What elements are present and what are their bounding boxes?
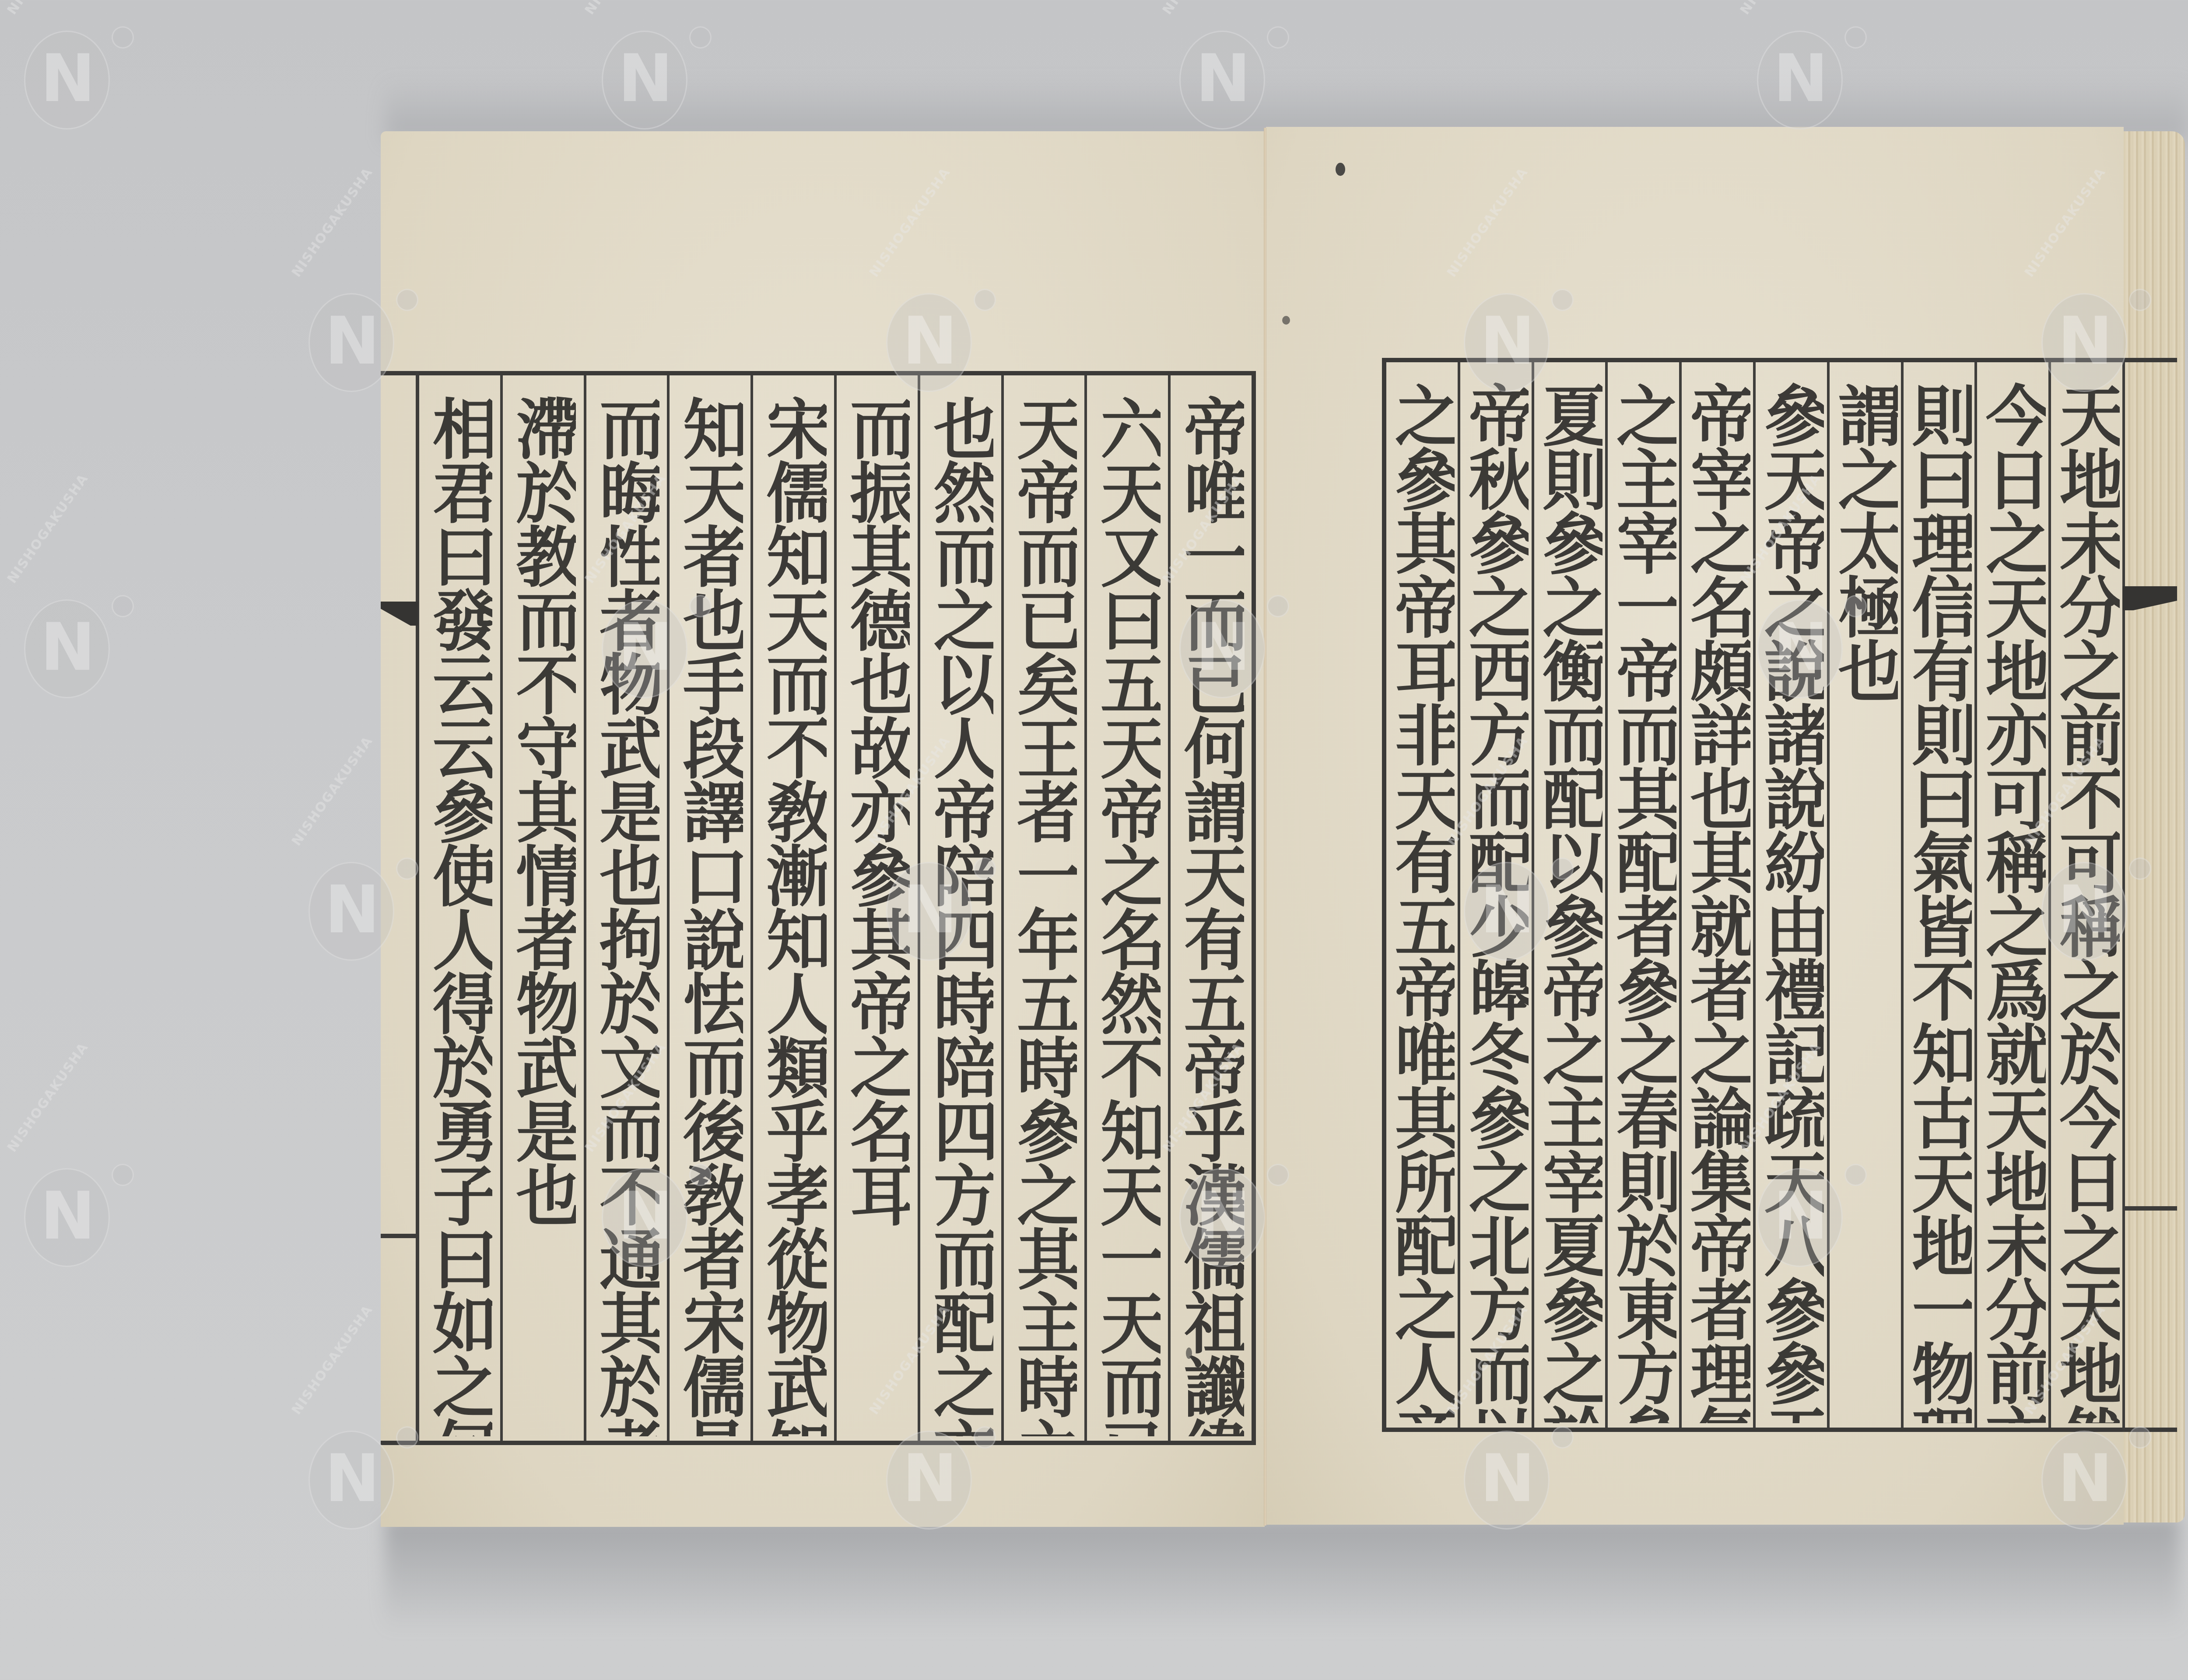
column-text: 宋儒知天而不敎漸知人類乎孝從物武知人而不 [761, 395, 827, 1436]
book-gutter [1264, 128, 1266, 1526]
text-column: 帝秋參之西方而配少皞冬參之北方而以顓頊故謂 [1458, 362, 1532, 1428]
column-text: 知天者也手段譯口說怯而後敎者宋儒是也漸敎 [677, 395, 743, 1436]
column-text: 之主宰一帝而其配者參之春則於東方參之配以大皞 [1611, 382, 1676, 1423]
right-hashira-tick [2122, 1206, 2177, 1211]
text-column: 帝唯一而已何謂天有五帝乎漢儒祖讖緯之書而說 [1168, 375, 1252, 1441]
column-text: 六天又曰五天帝之名然不知天一天而已天帝亦一 [1095, 395, 1161, 1436]
left-hashira-tick [381, 1234, 418, 1238]
open-book: 帝唯一而已何謂天有五帝乎漢儒祖讖緯之書而說 六天又曰五天帝之名然不知天一天而已天… [0, 0, 2188, 1680]
right-page-text-block: 天地未分之前不可稱之於今日之天地然不知太極也若就 今日之天地亦可稱之爲就天地未分… [1386, 362, 2122, 1428]
text-column: 而振其德也故亦參其帝之名耳 [834, 375, 918, 1441]
column-text: 夏則參之衡而配以參帝之主宰夏參之於南方而以炎黃 [1537, 382, 1602, 1423]
text-column: 參天帝之說諸說紛由禮記疏天八參參天地云云 [1753, 362, 1827, 1428]
column-text: 之參其帝耳非天有五帝唯其所配之人帝者五也夫 [1389, 382, 1455, 1423]
text-column: 滯於教而不守其情者物武是也 [500, 375, 584, 1441]
column-text: 則曰理信有則曰氣皆不知古天地一物理氣而統括之 [1906, 382, 1972, 1423]
ink-spot [1282, 316, 1290, 325]
right-frame-top-extension [2122, 358, 2177, 362]
column-text: 帝宰之名頗詳也其就者之論集帝者理氣主宰 [1685, 382, 1750, 1423]
column-text: 相君曰發云云參使人得於勇子曰如之何其可也矣 [427, 395, 492, 1436]
right-frame-bottom-extension [2122, 1428, 2177, 1432]
text-column: 夏則參之衡而配以參帝之主宰夏參之於南方而以炎黃 [1532, 362, 1606, 1428]
column-text: 今日之天地亦可稱之爲就天地未分前亦可稱之爲實像 [1980, 382, 2046, 1423]
text-column: 帝宰之名頗詳也其就者之論集帝者理氣主宰 [1679, 362, 1753, 1428]
left-hashira-line [416, 371, 419, 1445]
text-column: 之主宰一帝而其配者參之春則於東方參之配以大皞 [1605, 362, 1679, 1428]
column-text: 帝秋參之西方而配少皞冬參之北方而以顓頊故謂 [1463, 382, 1529, 1423]
text-column: 相君曰發云云參使人得於勇子曰如之何其可也矣 [419, 375, 500, 1441]
ink-spot [1336, 163, 1345, 176]
text-column: 則曰理信有則曰氣皆不知古天地一物理氣而統括之 [1901, 362, 1975, 1428]
text-column: 六天又曰五天帝之名然不知天一天而已天帝亦一 [1084, 375, 1168, 1441]
column-text: 而晦性者物武是也拘於文而不通其於者漢儒是也 [594, 395, 659, 1436]
text-column: 也然而之以人帝陪四時陪四方而配之亦發先立之德 [918, 375, 1001, 1441]
column-text: 滯於教而不守其情者物武是也 [510, 395, 576, 1436]
page-stack-fore-edge [2124, 131, 2185, 1522]
text-column: 天地未分之前不可稱之於今日之天地然不知太極也若就 [2048, 362, 2122, 1428]
column-text: 謂之太極也 [1832, 382, 1898, 1423]
text-column: 而晦性者物武是也拘於文而不通其於者漢儒是也 [584, 375, 667, 1441]
text-column: 今日之天地亦可稱之爲就天地未分前亦可稱之爲實像 [1974, 362, 2048, 1428]
column-text: 天地未分之前不可稱之於今日之天地然不知太極也若就 [2054, 382, 2120, 1423]
text-column: 宋儒知天而不敎漸知人類乎孝從物武知人而不 [750, 375, 834, 1441]
text-column: 天帝而已矣王者一年五時參之其主時之方發天之 [1001, 375, 1085, 1441]
column-text: 帝唯一而已何謂天有五帝乎漢儒祖讖緯之書而說 [1178, 395, 1244, 1436]
text-column: 知天者也手段譯口說怯而後敎者宋儒是也漸敎 [667, 375, 750, 1441]
right-hashira-line [2122, 358, 2125, 1432]
text-column: 謂之太極也 [1827, 362, 1901, 1428]
ink-spot [1186, 1347, 1192, 1359]
column-text: 天帝而已矣王者一年五時參之其主時之方發天之 [1011, 395, 1077, 1436]
text-column: 之參其帝耳非天有五帝唯其所配之人帝者五也夫 [1386, 362, 1458, 1428]
column-text: 而振其德也故亦參其帝之名耳 [844, 395, 910, 1436]
column-text: 也然而之以人帝陪四時陪四方而配之亦發先立之德 [928, 395, 993, 1436]
column-text: 參天帝之說諸說紛由禮記疏天八參參天地云云 [1758, 382, 1824, 1423]
left-page-text-block: 帝唯一而已何謂天有五帝乎漢儒祖讖緯之書而說 六天又曰五天帝之名然不知天一天而已天… [419, 375, 1252, 1441]
